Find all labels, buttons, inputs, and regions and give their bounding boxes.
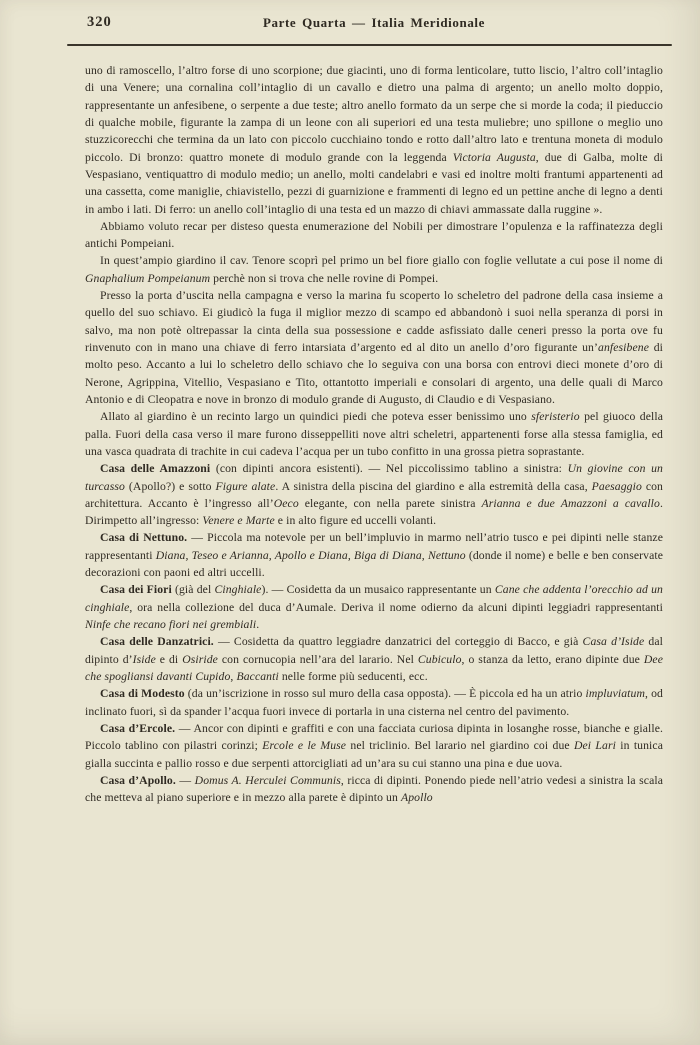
running-header-title: Parte Quarta — Italia Meridionale: [85, 15, 663, 31]
paragraph: In quest’ampio giardino il cav. Tenore s…: [85, 252, 663, 287]
header-rule: [67, 44, 672, 46]
book-page: 320 Parte Quarta — Italia Meridionale un…: [0, 0, 700, 1045]
paragraph: Allato al giardino è un recinto largo un…: [85, 408, 663, 460]
paragraph: Presso la porta d’uscita nella campagna …: [85, 287, 663, 408]
paragraph: Casa d’Ercole. — Ancor con dipinti e gra…: [85, 720, 663, 772]
paragraph: Casa di Nettuno. — Piccola ma notevole p…: [85, 529, 663, 581]
paragraph: uno di ramoscello, l’altro forse di uno …: [85, 62, 663, 218]
paragraph: Casa delle Amazzoni (con dipinti ancora …: [85, 460, 663, 529]
paragraph: Casa d’Apollo. — Domus A. Herculei Commu…: [85, 772, 663, 807]
paragraph: Abbiamo voluto recar per disteso questa …: [85, 218, 663, 253]
page-header: 320 Parte Quarta — Italia Meridionale: [85, 14, 663, 34]
paragraph: Casa di Modesto (da un’iscrizione in ros…: [85, 685, 663, 720]
paragraph: Casa delle Danzatrici. — Cosidetta da qu…: [85, 633, 663, 685]
paragraph: Casa dei Fiori (già del Cinghiale). — Co…: [85, 581, 663, 633]
body-text: uno di ramoscello, l’altro forse di uno …: [85, 62, 663, 806]
